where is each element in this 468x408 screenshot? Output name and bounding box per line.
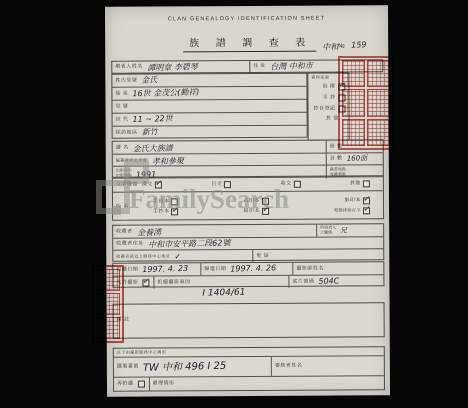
shoot-date-handwriting: 1997. 4. 23 [142,265,196,274]
retake-label: 再拍攝 [117,382,134,387]
office-use-header: 以下由攝影服務中心填用 [117,350,167,354]
script-checkbox[interactable] [155,181,162,188]
edition-checkbox[interactable] [363,207,370,214]
photographer-label: 攝影師姓名 [296,266,324,271]
table-row: 姓氏堂號 金氏 [112,74,306,88]
scanned-document: CLAN GENEALOGY IDENTIFICATION SHEET 族 譜 … [0,0,468,408]
filer-value-handwriting: 譚明章 李碧琴 [147,61,246,72]
source-checkbox[interactable] [338,83,345,90]
edition-option-pair: 手寫本 手抄本 [153,198,179,215]
holder-label: 收藏者 [116,229,133,234]
script-type-row: 文字種類 漢文 日文 英文 其他 [113,176,383,192]
address-value-handwriting: 台灣 中和市 [270,62,313,71]
source-item-label: 祖 傳 [323,85,336,90]
permit-label: 允許攝影 [116,280,138,285]
office-use-box: 以下由攝影服務中心填用 攝製番號 TW 中和 496 I 25 審核者姓名 再拍… [113,346,385,391]
source-item-label: 手 抄 [323,96,336,101]
script-checkbox[interactable] [294,180,301,187]
compiler-label: 編纂者姓名堂號 [116,158,148,162]
edition-option-pair: 石印本 鉛印本 [243,197,269,214]
holder-value-handwriting: 金養湧 [137,225,313,238]
service-center-check-handwriting: ✓ [174,251,248,261]
genealogy-title-label: 譜 名 [116,145,129,150]
script-option-label: 英文 [281,181,292,186]
edition-option-label: 鉛印本 [243,208,260,213]
service-center-label: 收藏者最近之服務中心地址 [116,254,170,258]
edition-option-label: 影印本 [344,198,361,203]
script-option: 漢文 [142,181,162,188]
pages-value-handwriting: 160面 [347,155,368,163]
holder-address-label: 收藏者住址 [116,242,144,247]
edition-checkbox[interactable] [363,197,370,204]
source-checkbox[interactable] [338,94,345,101]
script-checkbox[interactable] [224,181,231,188]
edition-option-label: 手寫本 [153,199,170,204]
number-label: № [338,43,345,49]
film-number-handwriting: 504C [318,277,339,286]
form-title: 族 譜 調 查 表 [183,34,316,53]
script-option: 英文 [281,180,301,187]
table-row: 世 代 11 ~ 22世 [113,113,307,127]
source-item-label: 其 他 [326,117,339,122]
table-row: 堂 號 [112,100,306,114]
holder-address-handwriting: 中和市安平路二段62號 [148,239,230,249]
source-title: 資料來源 [311,75,345,79]
surname-value-handwriting: 金氏 [141,76,157,84]
relation-label-line2: 之關係 [320,230,332,235]
edition-box: 文字種類 漢文 日文 英文 其他 [112,175,384,220]
script-option-label: 日文 [211,182,222,187]
remarks-box: 備 註 [113,302,385,338]
pages-label: 頁 數 [330,157,343,162]
address-label: 住 址 [253,64,266,69]
production-number-label: 攝製番號 [117,365,139,370]
filer-label: 填表人姓名 [115,65,143,70]
script-option: 其他 [350,180,370,187]
volumes-label: 冊 數 [330,144,343,149]
source-item: 祖 傳 [311,83,345,90]
shoot-date-label: 拍攝日期 [116,267,138,272]
edition-checkbox[interactable] [262,207,269,214]
return-date-handwriting: 1997. 4. 26 [230,264,276,273]
clan-table: 姓氏堂號 金氏 始 祖 16世 金茂公(勤祥) 堂 號 世 代 11 ~ 22世… [111,73,307,139]
source-item-label: 抄自登記 [313,107,335,112]
edition-label: 版 本 [116,204,129,209]
script-option-label: 漢文 [142,182,153,187]
survey-area-label: 採訪地區 [116,130,138,135]
hall-name-label: 堂 號 [115,104,128,109]
first-ancestor-label: 始 祖 [115,91,128,96]
edition-option-label: 電腦排版打字 [334,208,361,212]
source-item: 其 他 [312,116,346,121]
genealogy-title-value-handwriting: 金氏大族譜 [133,141,322,154]
source-panel: 資料來源 祖 傳 手 抄 抄自登記 其 他 [307,72,349,140]
filming-box: 拍攝日期 1997. 4. 23 歸還日期 1997. 4. 26 攝影師姓名 … [112,261,384,287]
remarks-label: 備 註 [117,317,130,323]
relation-label: 與填表人 之關係 [320,226,336,236]
retake-row: 再拍攝 處理情形 [114,376,384,390]
table-row: 始 祖 16世 金茂公(勤祥) [112,87,306,101]
holder-box: 收藏者 金養湧 與填表人 之關係 兄 收藏者住址 中和市安平路二段62號 收藏者… [112,223,384,261]
table-row: 採訪地區 新竹 [113,126,307,139]
generations-value-handwriting: 11 ~ 22世 [132,115,172,124]
retake-checkbox[interactable] [137,381,144,388]
edition-checkbox[interactable] [262,197,269,204]
film-number-label: 底片號碼 [292,279,314,284]
source-item: 手 抄 [311,94,345,101]
reviewer-label: 審核者姓名 [275,364,303,369]
first-ancestor-value-handwriting: 16世 金茂公(勤祥) [132,89,199,99]
english-header: CLAN GENEALOGY IDENTIFICATION SHEET [105,15,388,22]
compiler-value-handwriting: 孝和參聚 [151,153,322,165]
float-note-handwriting: I 1404/61 [202,289,245,299]
return-date-label: 歸還日期 [204,267,226,272]
edition-option-pair: 影印本 電腦排版打字 [334,197,370,214]
number-value-handwriting: 159 [351,41,366,49]
edition-checkbox[interactable] [171,208,178,215]
script-checkbox[interactable] [363,180,370,187]
source-checkbox[interactable] [339,105,346,112]
production-number-handwriting: TW 中和 496 I 25 [143,360,267,373]
filming-permit-row: 允許攝影 拒絕攝影原因 底片號碼 504C [113,275,383,288]
script-option: 日文 [211,181,231,188]
form-paper: CLAN GENEALOGY IDENTIFICATION SHEET 族 譜 … [105,5,390,396]
film-number-row: 攝製番號 TW 中和 496 I 25 審核者姓名 [114,356,384,377]
permit-checkbox[interactable] [142,279,149,286]
phone-label: 電 話 [256,253,269,258]
relation-value-handwriting: 兄 [340,227,347,234]
edition-option-label: 手抄本 [153,209,170,214]
generations-label: 世 代 [116,117,129,122]
edition-option-label: 石印本 [243,198,260,203]
script-option-label: 其他 [350,181,361,186]
edition-checkbox[interactable] [171,198,178,205]
title-note-handwriting: 中和 [322,43,338,51]
handling-label: 處理情形 [152,381,174,386]
survey-area-value-handwriting: 新竹 [142,128,158,136]
edition-row: 版 本 手寫本 手抄本 石印本 鉛印本 [113,191,383,220]
script-type-label: 文字種類 [116,182,138,187]
form-number: № 159 [338,41,366,49]
title-line: 族 譜 調 查 表 中和 [183,34,338,53]
refuse-reason-label: 拒絕攝影原因 [157,280,190,285]
genealogy-box: 譜 名 金氏大族譜 冊 數 編纂者姓名堂號 孝和參聚 頁 數 160面 出版年份… [112,139,384,178]
surname-label: 姓氏堂號 [115,78,137,83]
source-item: 抄自登記 [312,105,346,112]
